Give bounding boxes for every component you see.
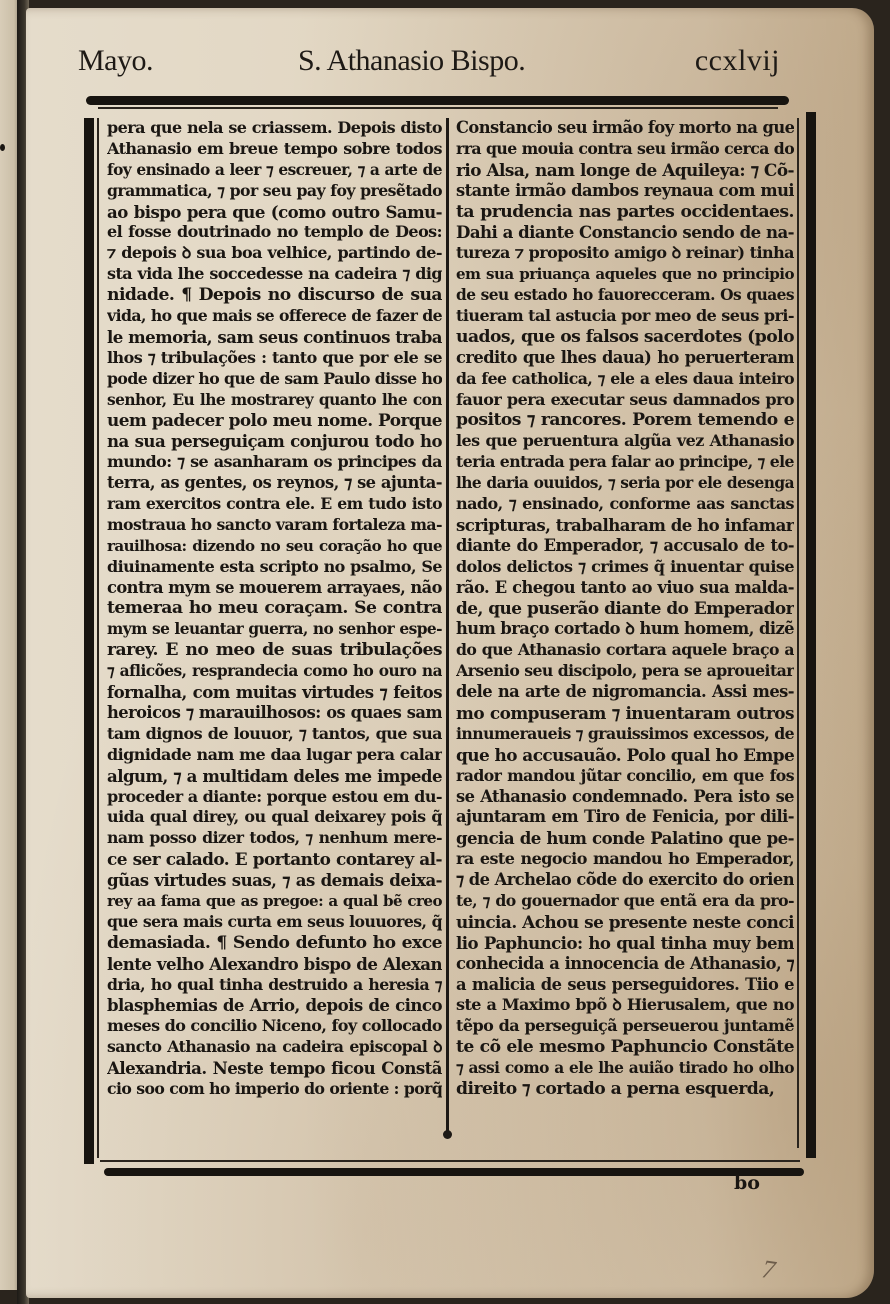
text-line: stante irmão dambos reynaua com mui — [456, 181, 794, 202]
text-line: da fee catholica, ⁊ ele a eles daua inte… — [456, 369, 794, 390]
text-line: mundo: ⁊ se asanharam os principes da — [107, 452, 442, 473]
text-line: diante do Emperador, ⁊ accusalo de to- — [456, 536, 794, 557]
text-line: vida, ho que mais se offerece de fazer d… — [107, 306, 442, 327]
text-line: na sua perseguiçam conjurou todo ho — [107, 431, 442, 452]
text-line: nidade. ¶ Depois no discurso de sua — [107, 285, 442, 306]
text-line: conhecida a innocencia de Athanasio, ⁊ — [456, 954, 794, 975]
text-line: rão. E chegou tanto ao viuo sua malda- — [456, 578, 794, 599]
text-line: se Athanasio condemnado. Pera isto se — [456, 787, 794, 808]
text-line: heroicos ⁊ marauilhosos: os quaes sam — [107, 703, 442, 724]
text-line: a malicia de seus perseguidores. Tiio e — [456, 975, 794, 996]
left-border-thin-rule — [97, 118, 99, 1158]
left-border-bar — [84, 118, 94, 1164]
top-border-thin-rule — [98, 107, 778, 109]
text-line: rarey. E no meo de suas tribulações — [107, 640, 442, 661]
text-line: proceder a diante: porque estou em du- — [107, 787, 442, 808]
column-divider — [446, 118, 449, 1138]
text-line: de, que puserão diante do Emperador — [456, 598, 794, 619]
text-line: lio Paphuncio: ho qual tinha muy bem — [456, 933, 794, 954]
text-line: algum, ⁊ a multidam deles me impede — [107, 766, 442, 787]
text-line: rador mandou jũtar concilio, em que fos — [456, 766, 794, 787]
text-line: positos ⁊ rancores. Porem temendo e — [456, 410, 794, 431]
text-line: Dahi a diante Constancio sendo de na- — [456, 222, 794, 243]
text-line: que ho accusauão. Polo qual ho Empe — [456, 745, 794, 766]
text-line: cio soo com ho imperio do oriente : porq… — [107, 1079, 442, 1100]
text-line: ce ser calado. E portanto contarey al- — [107, 849, 442, 870]
text-line: ⁊ aflicões, resprandecia como ho ouro na — [107, 661, 442, 682]
top-border-rule — [86, 96, 789, 105]
text-line: Alexandria. Neste tempo ficou Constã — [107, 1058, 442, 1079]
text-line: em sua priuança aqueles que no principio — [456, 264, 794, 285]
text-line: te cõ ele mesmo Paphuncio Constãte — [456, 1037, 794, 1058]
right-border-bar — [806, 112, 816, 1158]
text-line: dolos delictos ⁊ crimes q̃ inuentar quis… — [456, 557, 794, 578]
text-line: terra, as gentes, os reynos, ⁊ se ajunta… — [107, 473, 442, 494]
text-line: ta prudencia nas partes occidentaes. — [456, 202, 794, 223]
catchword: bo — [734, 1172, 760, 1194]
text-line: blasphemias de Arrio, depois de cinco — [107, 995, 442, 1016]
text-line: lhe daria ouuidos, ⁊ seria por ele desen… — [456, 473, 794, 494]
text-line: le memoria, sam seus continuos traba — [107, 327, 442, 348]
text-line: Athanasio em breue tempo sobre todos — [107, 139, 442, 160]
text-line: uados, que os falsos sacerdotes (polo — [456, 327, 794, 348]
column-divider-terminal — [443, 1130, 452, 1139]
text-line: pode dizer ho que de sam Paulo disse ho — [107, 369, 442, 390]
text-line: fornalha, com muitas virtudes ⁊ feitos — [107, 682, 442, 703]
ink-mark — [0, 144, 5, 151]
text-line: contra mym se mouerem arrayaes, não — [107, 578, 442, 599]
text-line: sta vida lhe soccedesse na cadeira ⁊ dig — [107, 264, 442, 285]
text-line: dignidade nam me daa lugar pera calar — [107, 745, 442, 766]
text-line: ⁊ assi como a ele lhe auião tirado ho ol… — [456, 1058, 794, 1079]
text-line: teria entrada pera falar ao principe, ⁊ … — [456, 452, 794, 473]
text-line: de seu estado ho fauorecceram. Os quaes — [456, 285, 794, 306]
text-line: te, ⁊ do gouernador que entã era da pro- — [456, 891, 794, 912]
text-line: foy ensinado a leer ⁊ escreuer, ⁊ a arte… — [107, 160, 442, 181]
text-line: demasiada. ¶ Sendo defunto ho exce — [107, 933, 442, 954]
text-line: rio Alsa, nam longe de Aquileya: ⁊ Cõ- — [456, 160, 794, 181]
text-line: do que Athanasio cortara aquele braço a — [456, 640, 794, 661]
text-line: el fosse doutrinado no templo de Deos: — [107, 222, 442, 243]
text-line: ste a Maximo bpõ ꝺ Hierusalem, que no — [456, 995, 794, 1016]
text-line: uem padecer polo meu nome. Porque — [107, 410, 442, 431]
text-line: ⁊ depois ꝺ sua boa velhice, partindo de- — [107, 243, 442, 264]
running-head: Mayo. S. Athanasio Bispo. ccxlvij — [78, 44, 780, 84]
text-line: senhor, Eu lhe mostrarey quanto lhe con — [107, 390, 442, 411]
text-line: gencia de hum conde Palatino que pe- — [456, 828, 794, 849]
text-line: lente velho Alexandro bispo de Alexan — [107, 954, 442, 975]
month-label: Mayo. — [78, 44, 153, 78]
bottom-border-rule — [104, 1168, 804, 1176]
text-line: ⁊ de Archelao cõde do exercito do orien — [456, 870, 794, 891]
text-line: tureza ⁊ proposito amigo ꝺ reinar) tinha — [456, 243, 794, 264]
text-line: ajuntaram em Tiro de Fenicia, por dili- — [456, 807, 794, 828]
right-border-thin-rule — [797, 118, 799, 1148]
chapter-title: S. Athanasio Bispo. — [298, 44, 525, 78]
text-line: Constancio seu irmão foy morto na gue — [456, 118, 794, 139]
text-line: rra que mouia contra seu irmão cerca do — [456, 139, 794, 160]
text-line: meses do concilio Niceno, foy collocado — [107, 1016, 442, 1037]
text-line: hum braço cortado ꝺ hum homem, dizẽ — [456, 619, 794, 640]
text-line: gũas virtudes suas, ⁊ as demais deixa- — [107, 870, 442, 891]
text-line: uida qual direy, ou qual deixarey pois q… — [107, 807, 442, 828]
text-line: diuinamente esta scripto no psalmo, Se — [107, 557, 442, 578]
text-line: pera que nela se criassem. Depois disto — [107, 118, 442, 139]
text-line: ao bispo pera que (como outro Samu- — [107, 202, 442, 223]
text-line: credito que lhes daua) ho peruerteram — [456, 348, 794, 369]
text-line: dria, ho qual tinha destruido a heresia … — [107, 975, 442, 996]
text-line: ram exercitos contra ele. E em tudo isto — [107, 494, 442, 515]
text-line: lhos ⁊ tribulações : tanto que por ele s… — [107, 348, 442, 369]
text-line: innumeraueis ⁊ grauissimos excessos, de — [456, 724, 794, 745]
text-line: direito ⁊ cortado a perna esquerda, — [456, 1079, 794, 1100]
text-line: ra este negocio mandou ho Emperador, — [456, 849, 794, 870]
text-line: tiueram tal astucia por meo de seus pri- — [456, 306, 794, 327]
text-line: mostraua ho sancto varam fortaleza ma- — [107, 515, 442, 536]
text-line: mym se leuantar guerra, no senhor espe- — [107, 619, 442, 640]
left-text-column: pera que nela se criassem. Depois distoA… — [107, 118, 442, 1100]
text-line: scripturas, trabalharam de ho infamar — [456, 515, 794, 536]
text-line: tam dignos de louuor, ⁊ tantos, que sua — [107, 724, 442, 745]
text-line: mo compuseram ⁊ inuentaram outros — [456, 703, 794, 724]
text-line: nam posso dizer todos, ⁊ nenhum mere- — [107, 828, 442, 849]
right-text-column: Constancio seu irmão foy morto na guerra… — [456, 118, 794, 1100]
text-line: fauor pera executar seus damnados pro — [456, 390, 794, 411]
folio-number: ccxlvij — [695, 44, 780, 78]
bottom-border-thin-rule — [100, 1160, 800, 1162]
text-line: sancto Athanasio na cadeira episcopal ꝺ — [107, 1037, 442, 1058]
text-line: nado, ⁊ ensinado, conforme aas sanctas — [456, 494, 794, 515]
text-line: rey aa fama que as pregoe: a qual bẽ cre… — [107, 891, 442, 912]
text-line: rauilhosa: dizendo no seu coração ho que — [107, 536, 442, 557]
text-line: uincia. Achou se presente neste conci — [456, 912, 794, 933]
text-line: grammatica, ⁊ por seu pay foy presẽtado — [107, 181, 442, 202]
text-line: que sera mais curta em seus louuores, q̃ — [107, 912, 442, 933]
text-line: les que peruentura algũa vez Athanasio — [456, 431, 794, 452]
text-line: tẽpo da perseguiçã perseuerou juntamẽ — [456, 1016, 794, 1037]
text-line: dele na arte de nigromancia. Assi mes- — [456, 682, 794, 703]
text-line: temeraa ho meu coraçam. Se contra — [107, 598, 442, 619]
text-line: Arsenio seu discipolo, pera se aproueita… — [456, 661, 794, 682]
